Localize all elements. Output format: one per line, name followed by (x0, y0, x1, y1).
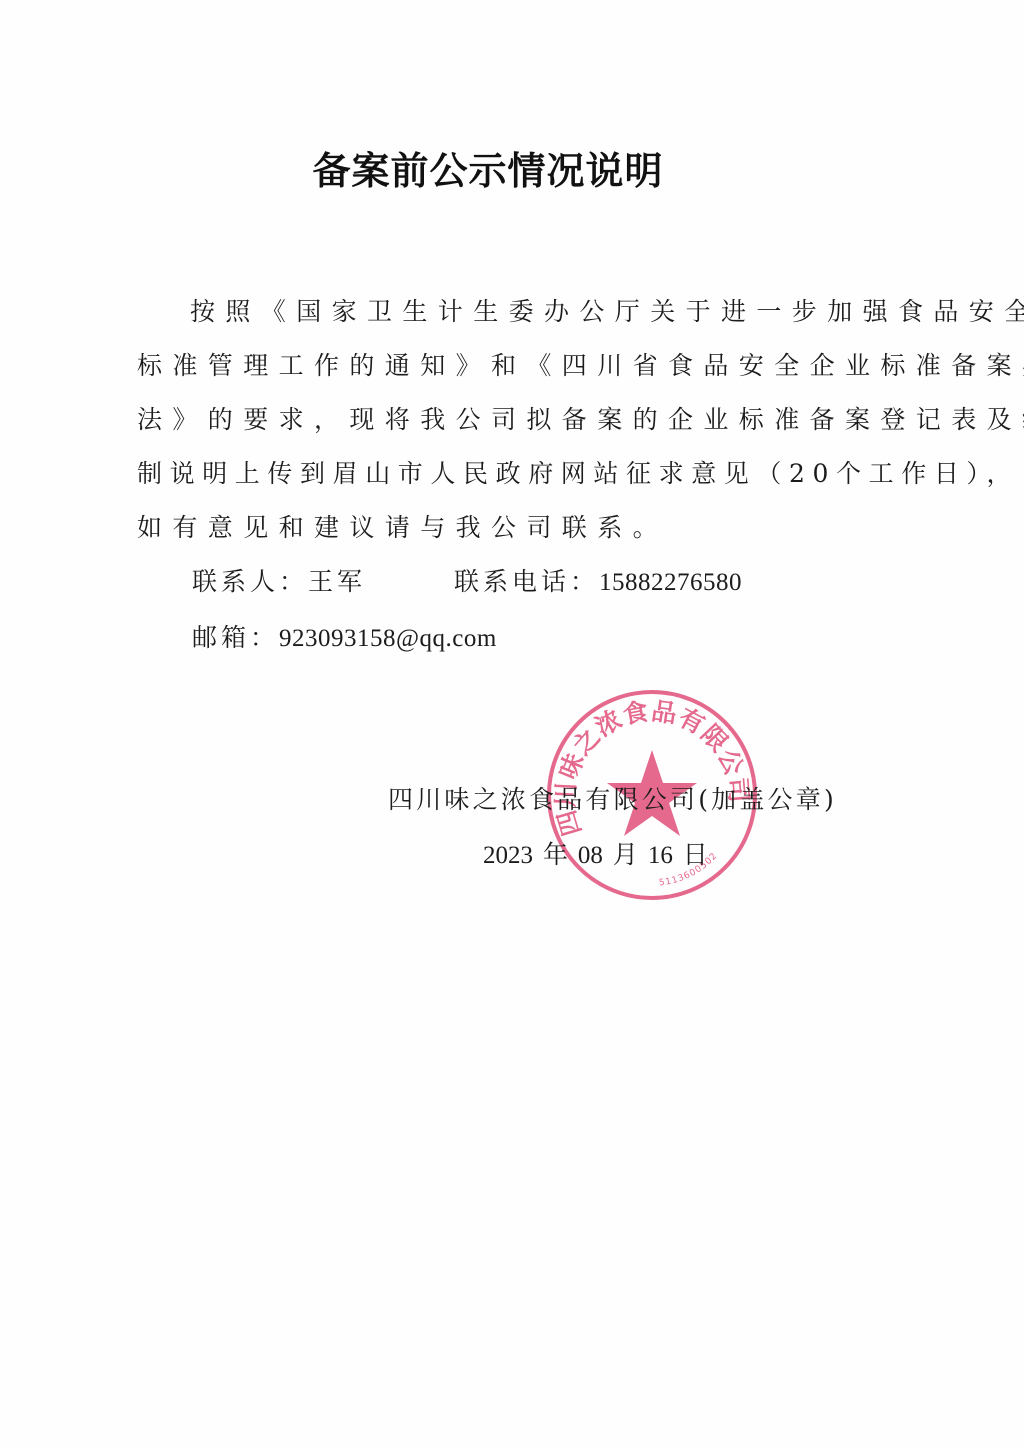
contact-person: 联系人：王军 (192, 566, 366, 598)
date-month-unit: 月 (613, 840, 638, 869)
body-line-2: 标准管理工作的通知》和《四川省食品安全企业标准备案办 (137, 350, 857, 382)
contact-phone: 联系电话：15882276580 (454, 566, 742, 599)
contact-email-label: 邮箱： (192, 623, 279, 652)
contact-email-address: 923093158@qq.com (279, 625, 497, 652)
contact-phone-label: 联系电话： (454, 567, 599, 596)
body-line-5: 如有意见和建议请与我公司联系。 (137, 512, 857, 544)
contact-person-name: 王军 (308, 567, 366, 596)
contact-person-label: 联系人： (192, 567, 308, 596)
signature-date: 2023 年 08 月 16 日 (483, 839, 708, 872)
contact-email: 邮箱：923093158@qq.com (192, 622, 497, 655)
date-day: 16 (648, 842, 673, 869)
body-line-1: 按照《国家卫生计生委办公厅关于进一步加强食品安全 (190, 296, 910, 328)
body-line-3: 法》的要求，现将我公司拟备案的企业标准备案登记表及编 (137, 404, 857, 436)
contact-phone-number: 15882276580 (599, 569, 742, 596)
date-year: 2023 (483, 842, 533, 869)
date-month: 08 (578, 842, 603, 869)
document-title: 备案前公示情况说明 (0, 140, 976, 195)
body-line-4: 制说明上传到眉山市人民政府网站征求意见（20个工作日）， (137, 458, 857, 490)
date-year-unit: 年 (543, 840, 568, 869)
document-page: 备案前公示情况说明 按照《国家卫生计生委办公厅关于进一步加强食品安全 标准管理工… (0, 0, 1024, 1448)
date-day-unit: 日 (683, 840, 708, 869)
company-signature: 四川味之浓食品有限公司(加盖公章) (388, 784, 837, 816)
